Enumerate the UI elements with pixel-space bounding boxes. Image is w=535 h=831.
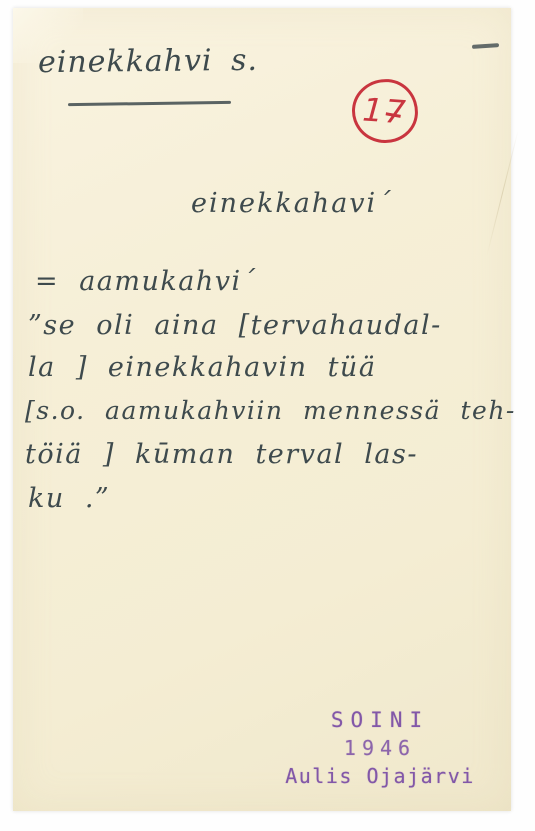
stamp-collector-name: Aulis Ojajärvi — [265, 764, 495, 788]
body-line-quote-4: töiä ] kūman terval las- — [25, 439, 418, 470]
scan-background: einekkahvi s. 17 einekkahavi´ = aamukahv… — [0, 0, 535, 831]
archive-card: einekkahvi s. 17 einekkahavi´ = aamukahv… — [13, 8, 511, 811]
body-line-quote-2: la ] einekkahavin tüä — [28, 352, 376, 383]
body-line-quote-3: [s.o. aamukahviin mennessä teh- — [25, 396, 516, 425]
page-number-circle: 17 — [350, 77, 420, 145]
headword-title: einekkahvi s. — [38, 43, 258, 80]
body-line-quote-5: ku .” — [28, 483, 110, 514]
body-line-equals-gloss: = aamukahvi´ — [35, 266, 257, 297]
page-number: 17 — [361, 90, 408, 131]
title-underline-stroke — [68, 101, 231, 106]
stamp-year: 1946 — [265, 736, 495, 760]
keyword-heading: einekkahavi´ — [191, 188, 393, 219]
body-line-quote-1: ”se oli aina [tervahaudal- — [28, 310, 442, 341]
corner-dash-mark — [472, 43, 499, 48]
stamp-place-name: SOINI — [265, 708, 495, 732]
collector-stamp: SOINI 1946 Aulis Ojajärvi — [265, 708, 495, 788]
